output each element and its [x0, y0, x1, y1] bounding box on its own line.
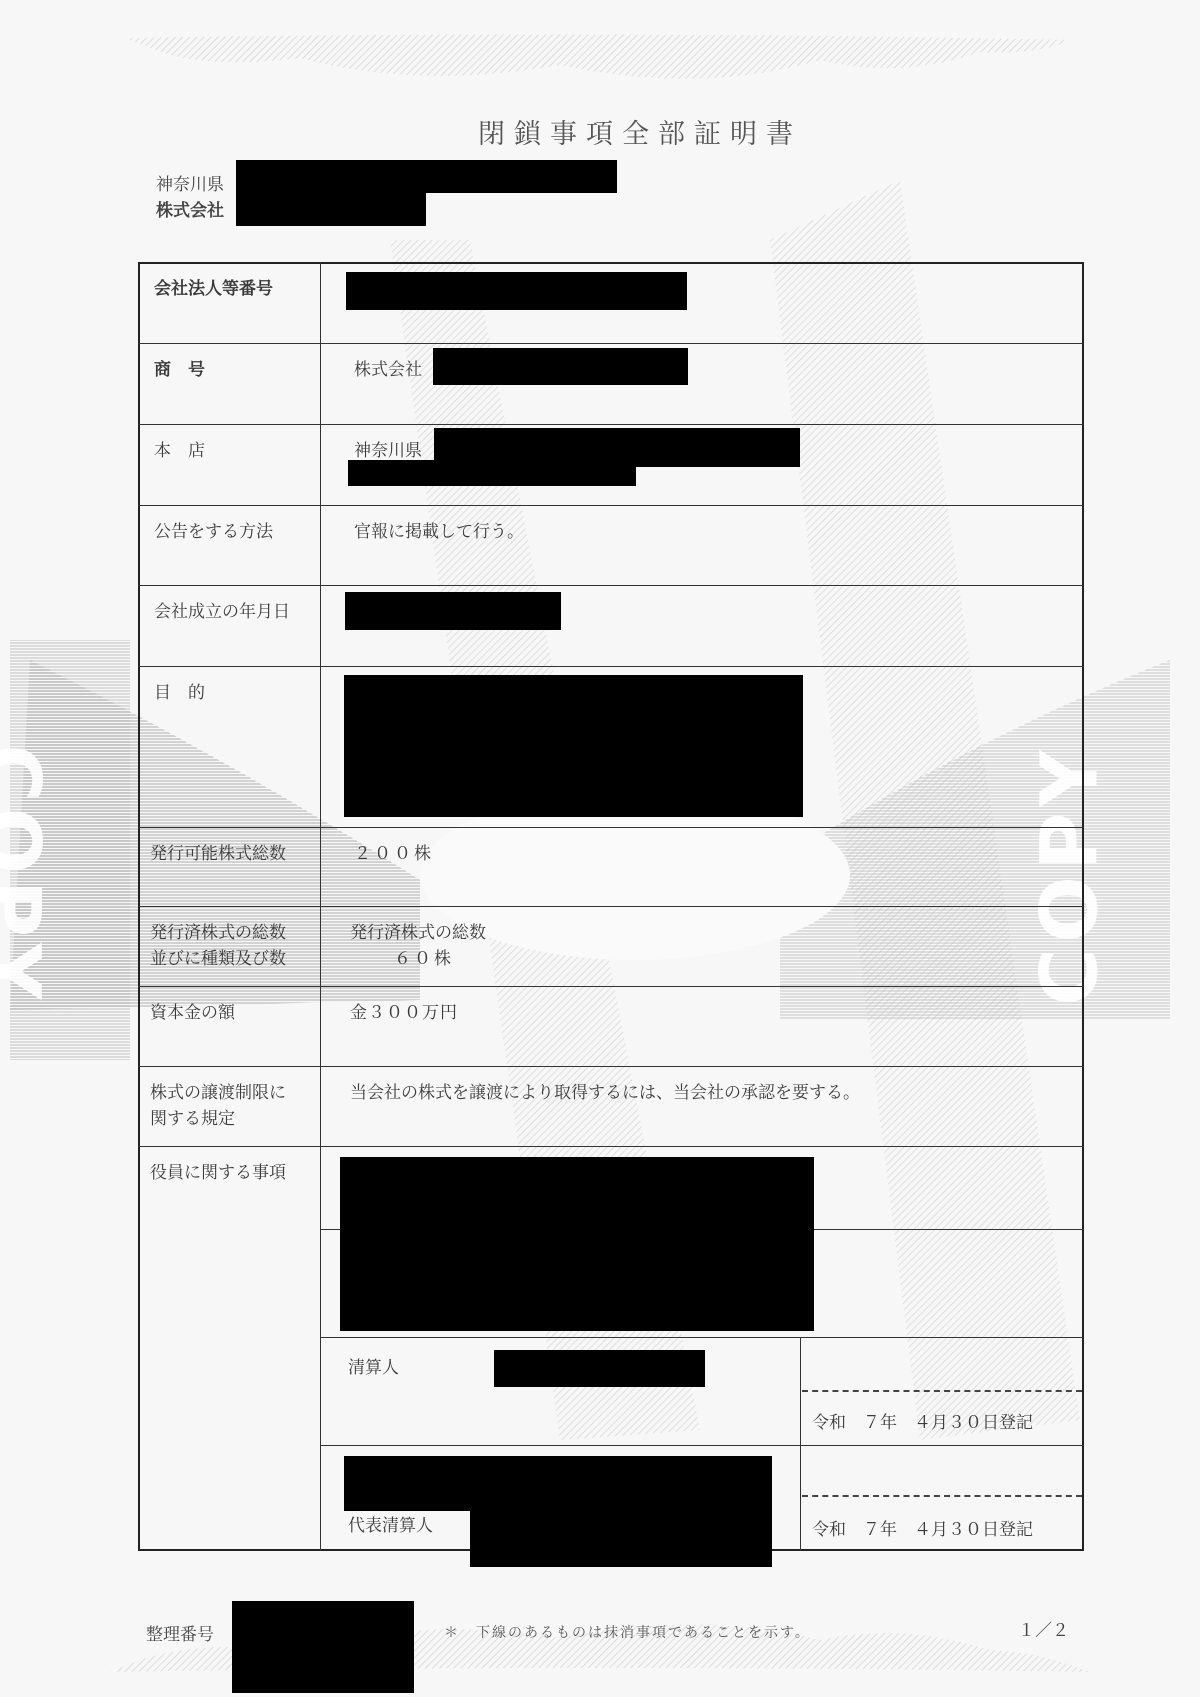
- redaction: [344, 1456, 772, 1511]
- row-divider: [138, 827, 1084, 828]
- value-public-notice: 官報に掲載して行う。: [354, 519, 524, 545]
- redaction: [236, 160, 426, 226]
- label-trade-name: 商 号: [154, 357, 205, 383]
- dashed-divider: [802, 1495, 1082, 1497]
- redaction: [348, 460, 636, 486]
- officer-registered-date: 令和 ７年 ４月３０日登記: [812, 1408, 1033, 1433]
- column-divider: [320, 262, 321, 1551]
- value-capital: 金３００万円: [350, 1000, 458, 1026]
- redaction: [433, 348, 688, 385]
- row-divider: [138, 1146, 1084, 1147]
- label-establishment-date: 会社成立の年月日: [154, 599, 290, 625]
- value-issued-shares-2: ６０株: [394, 946, 454, 972]
- label-public-notice: 公告をする方法: [154, 519, 273, 545]
- label-transfer-restriction-2: 関する規定: [150, 1106, 235, 1132]
- page-number: １／２: [1018, 1616, 1069, 1641]
- watermark-copy-left: COPY: [0, 744, 56, 1005]
- document-title: 閉鎖事項全部証明書: [478, 112, 802, 151]
- label-authorized-shares: 発行可能株式総数: [150, 841, 286, 867]
- value-authorized-shares: ２００株: [354, 841, 434, 867]
- header-company-prefix: 株式会社: [156, 196, 224, 221]
- row-divider: [138, 343, 1084, 344]
- redaction: [494, 1350, 705, 1387]
- row-divider: [138, 505, 1084, 506]
- label-issued-shares-2: 並びに種類及び数: [150, 946, 286, 972]
- label-transfer-restriction-1: 株式の譲渡制限に: [150, 1080, 286, 1106]
- label-issued-shares-1: 発行済株式の総数: [150, 920, 286, 946]
- label-corporate-number: 会社法人等番号: [154, 276, 273, 302]
- row-divider: [320, 1445, 1084, 1446]
- label-capital: 資本金の額: [150, 1000, 235, 1026]
- officer-registered-date: 令和 ７年 ４月３０日登記: [812, 1515, 1033, 1540]
- value-issued-shares-1: 発行済株式の総数: [350, 920, 486, 946]
- label-head-office: 本 店: [154, 438, 205, 464]
- row-divider: [138, 585, 1084, 586]
- value-trade-name: 株式会社: [354, 357, 422, 383]
- footer-ref-label: 整理番号: [146, 1620, 214, 1645]
- column-divider: [800, 1337, 801, 1551]
- footer-note: ＊ 下線のあるものは抹消事項であることを示す。: [444, 1622, 811, 1642]
- redaction: [345, 592, 561, 630]
- dashed-divider: [802, 1390, 1082, 1392]
- row-divider: [138, 906, 1084, 907]
- redaction: [470, 1506, 772, 1567]
- redaction: [344, 675, 803, 817]
- label-purpose: 目 的: [154, 680, 205, 706]
- label-officers: 役員に関する事項: [150, 1160, 286, 1186]
- row-divider: [320, 1337, 1084, 1338]
- row-divider: [138, 986, 1084, 987]
- row-divider: [138, 424, 1084, 425]
- row-divider: [138, 1066, 1084, 1067]
- value-transfer-restriction: 当会社の株式を譲渡により取得するには、当会社の承認を要する。: [350, 1080, 860, 1106]
- officer-role-liquidator: 清算人: [348, 1355, 399, 1381]
- redaction: [340, 1157, 814, 1331]
- redaction: [232, 1601, 414, 1693]
- officer-role-representative-liquidator: 代表清算人: [348, 1513, 433, 1539]
- redaction: [346, 272, 687, 310]
- header-prefecture: 神奈川県: [156, 170, 224, 195]
- row-divider: [138, 666, 1084, 667]
